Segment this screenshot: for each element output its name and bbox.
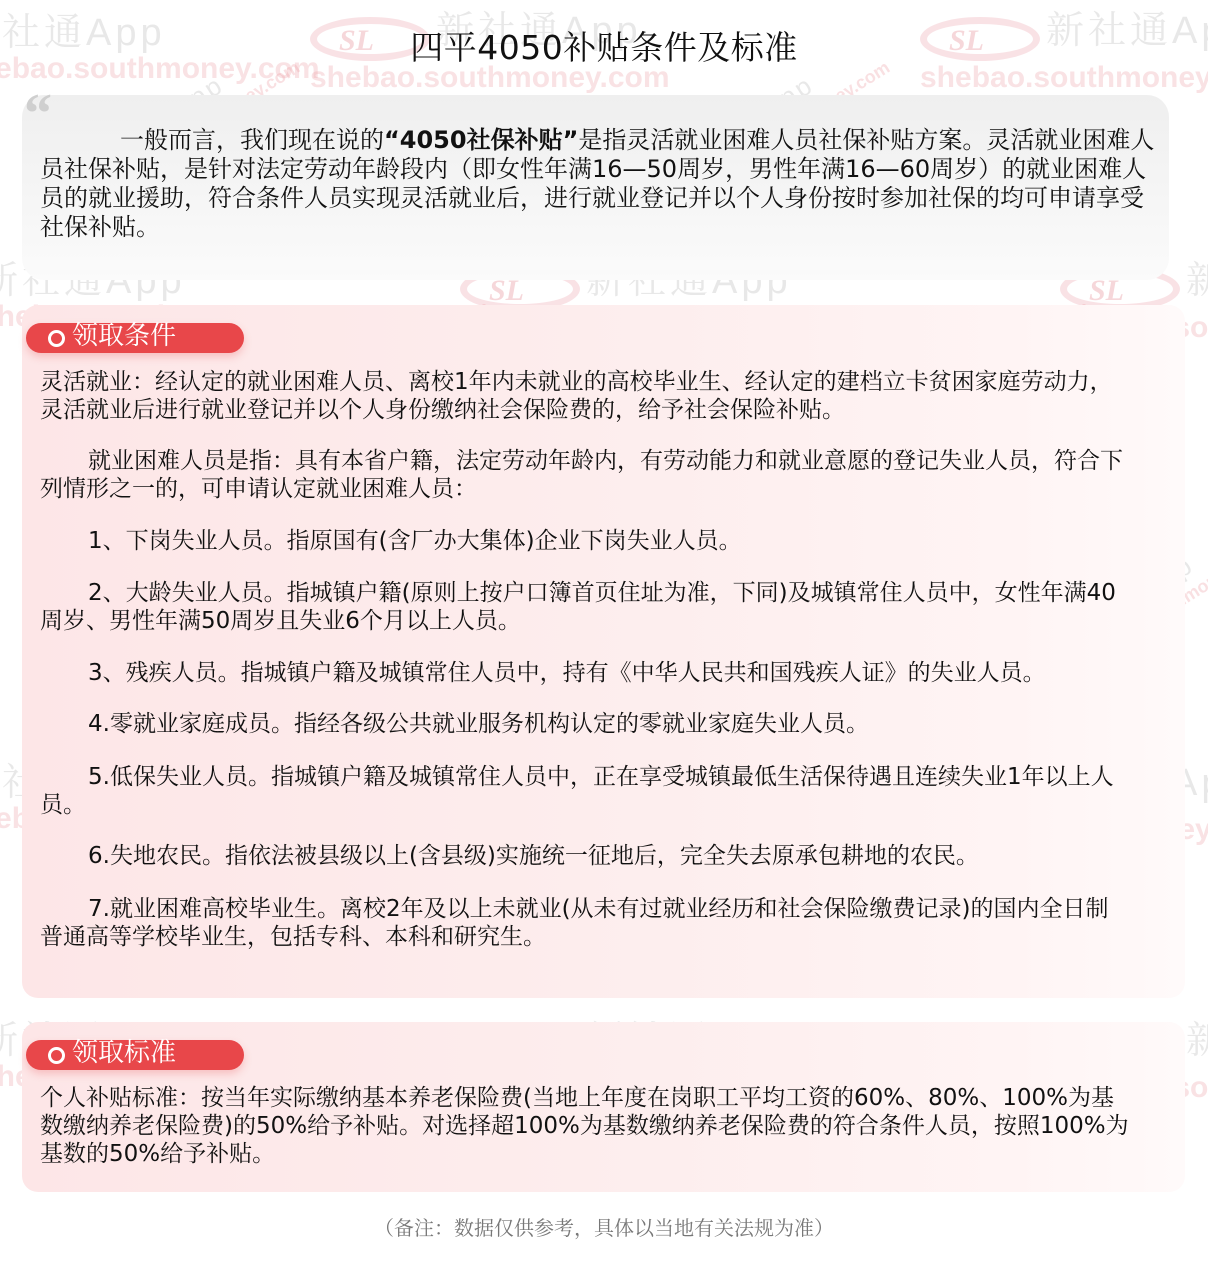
standards-heading-badge: 领取标准 — [26, 1040, 244, 1070]
condition-item: 1、下岗失业人员。指原国有(含厂办大集体)企业下岗失业人员。 — [40, 527, 1130, 555]
condition-item: 2、大龄失业人员。指城镇户籍(原则上按户口簿首页住址为准，下同)及城镇常住人员中… — [40, 579, 1130, 635]
conditions-heading-badge: 领取条件 — [26, 323, 244, 353]
condition-item: 3、残疾人员。指城镇户籍及城镇常住人员中，持有《中华人民共和国残疾人证》的失业人… — [40, 659, 1130, 687]
condition-paragraph: 就业困难人员是指：具有本省户籍，法定劳动年龄内，有劳动能力和就业意愿的登记失业人… — [40, 447, 1130, 503]
condition-item: 4.零就业家庭成员。指经各级公共就业服务机构认定的零就业家庭失业人员。 — [40, 710, 1130, 738]
circle-bullet-icon — [48, 1047, 65, 1064]
standards-heading: 领取标准 — [72, 1038, 176, 1068]
circle-bullet-icon — [48, 330, 65, 347]
condition-item: 7.就业困难高校毕业生。离校2年及以上未就业(从未有过就业经历和社会保险缴费记录… — [40, 895, 1130, 951]
conditions-heading: 领取条件 — [72, 321, 176, 351]
disclaimer-note: （备注：数据仅供参考，具体以当地有关法规为准） — [0, 1212, 1208, 1241]
condition-paragraph: 灵活就业：经认定的就业困难人员、离校1年内未就业的高校毕业生、经认定的建档立卡贫… — [40, 368, 1130, 424]
page-title: 四平4050补贴条件及标准 — [0, 22, 1208, 69]
condition-item: 5.低保失业人员。指城镇户籍及城镇常住人员中，正在享受城镇最低生活保待遇且连续失… — [40, 763, 1130, 819]
intro-text: 一般而言，我们现在说的“4050社保补贴”是指灵活就业困难人员社保补贴方案。灵活… — [40, 126, 1158, 242]
standard-paragraph: 个人补贴标准：按当年实际缴纳基本养老保险费(当地上年度在岗职工平均工资的60%、… — [40, 1084, 1130, 1168]
condition-item: 6.失地农民。指依法被县级以上(含县级)实施统一征地后，完全失去原承包耕地的农民… — [40, 842, 1130, 870]
intro-text-before: 一般而言，我们现在说的 — [120, 126, 384, 154]
intro-highlight: “4050社保补贴” — [384, 126, 578, 154]
